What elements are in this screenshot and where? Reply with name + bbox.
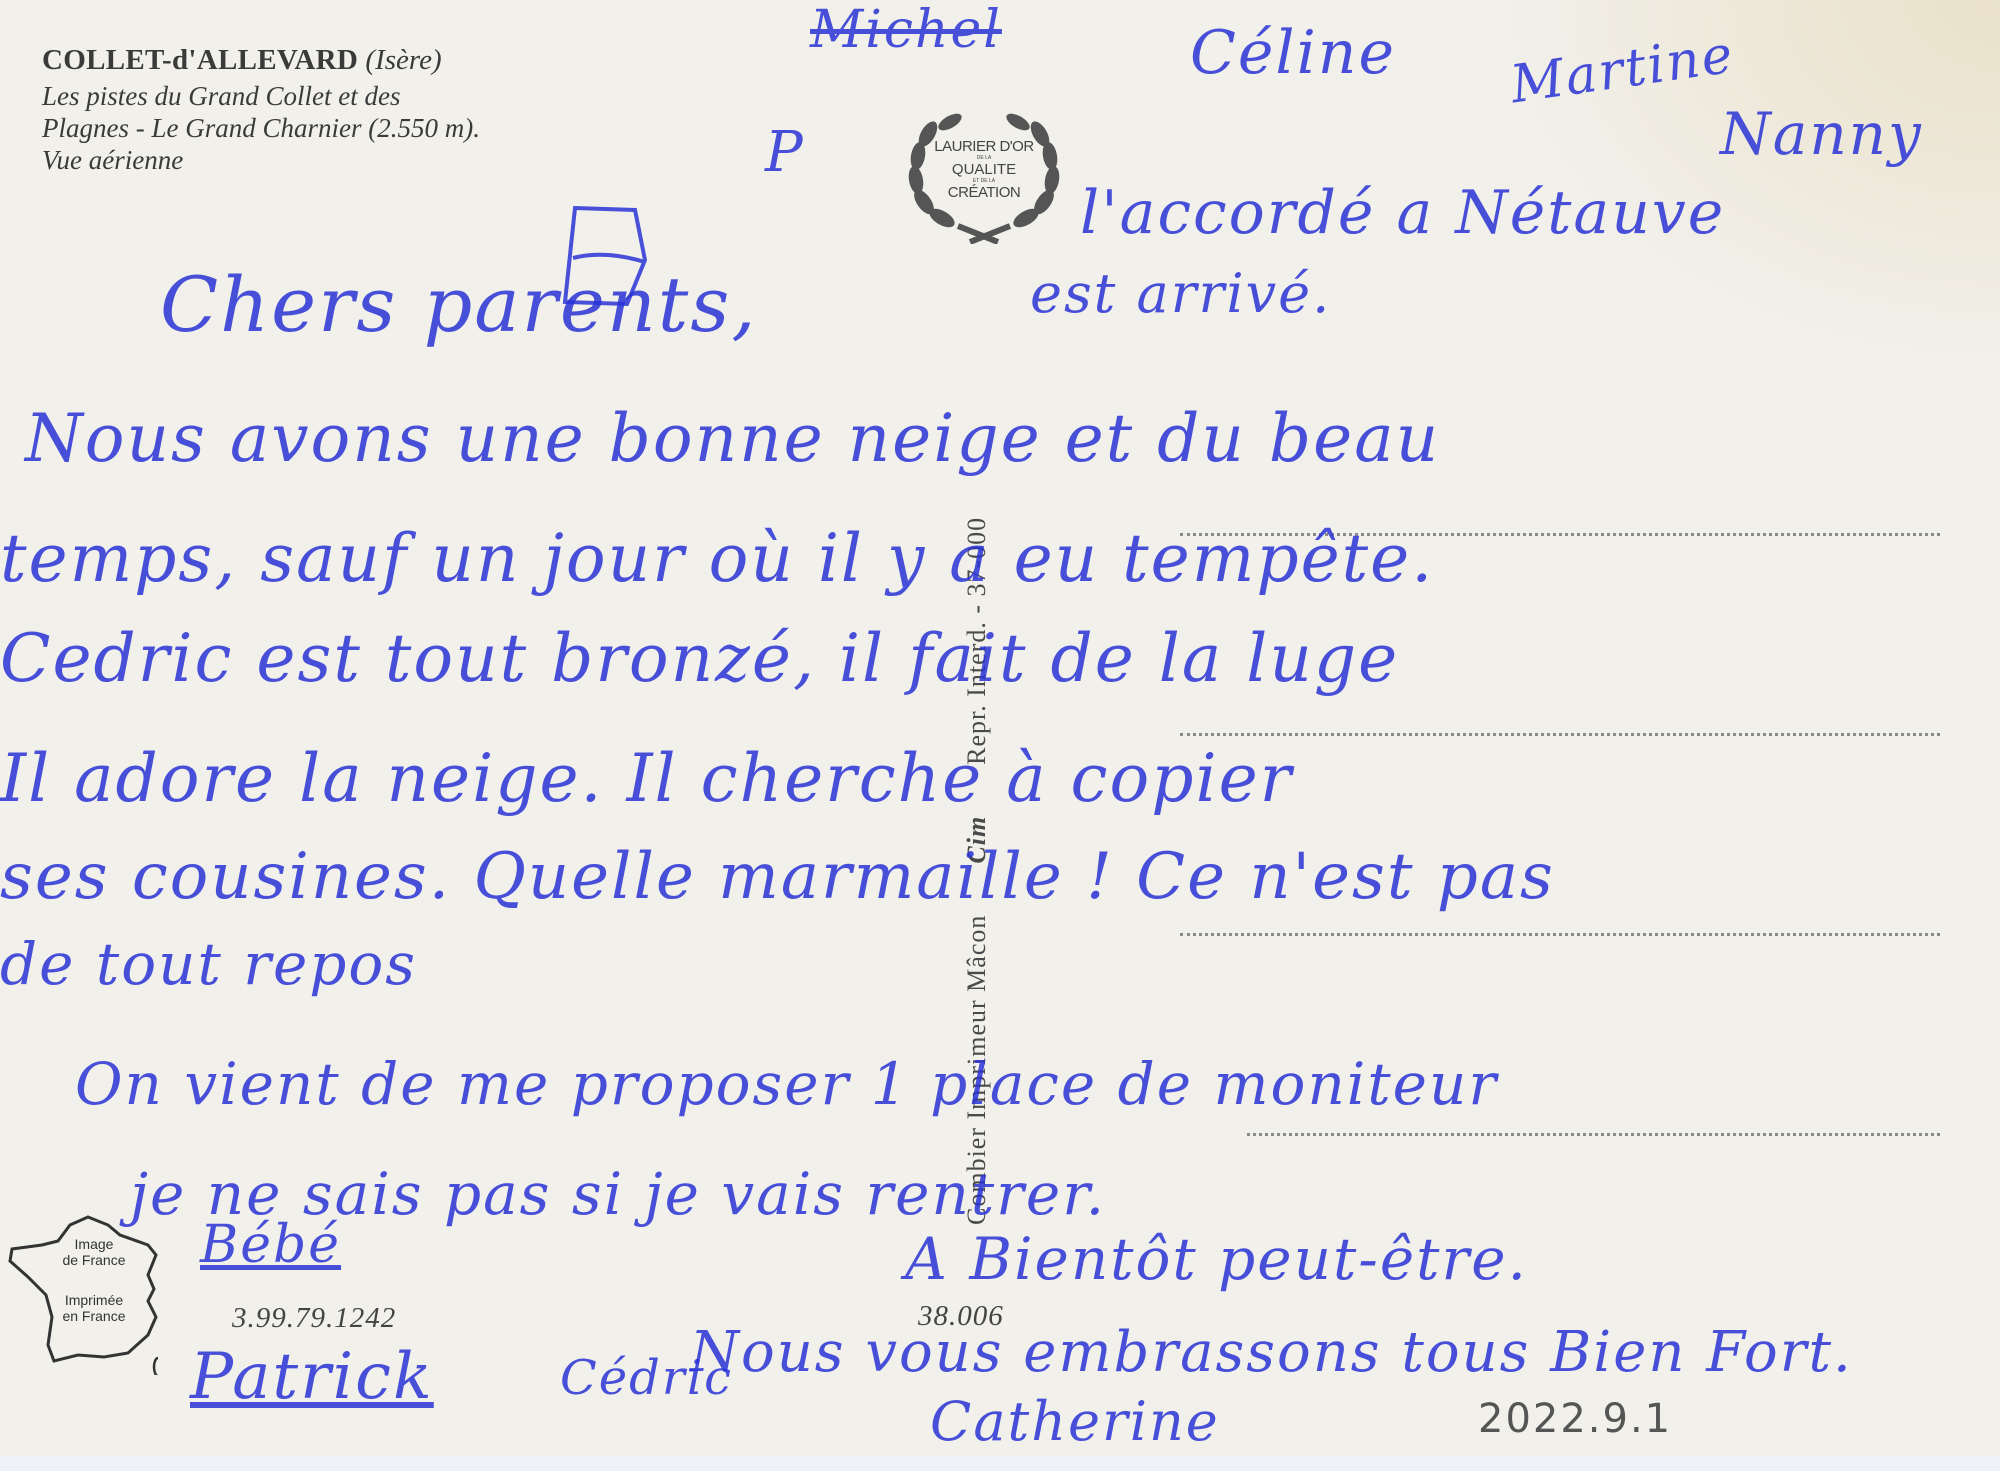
postcard-caption: Les pistes du Grand Collet et des Plagne… (42, 80, 480, 176)
place-name: COLLET-d'ALLEVARD (42, 44, 358, 76)
note-right-1: l'accordé a Nétauve (1080, 178, 1725, 248)
address-line (1180, 933, 1940, 936)
message-line: On vient de me proposer 1 place de monit… (75, 1050, 1498, 1118)
note-right-2: est arrivé. (1030, 262, 1331, 325)
france-logo-line: en France (44, 1309, 144, 1324)
laurier-dor-logo: LAURIER D'OR DE LA QUALITE ET DE LA CRÉA… (898, 104, 1070, 244)
caption-line: Vue aérienne (42, 144, 480, 176)
address-line (1180, 733, 1940, 736)
greeting: Chers parents, (160, 260, 757, 349)
signature-patrick: Patrick (190, 1340, 434, 1414)
pencil-date: 2022.9.1 (1478, 1396, 1672, 1442)
message-line: Il adore la neige. Il cherche à copier (0, 740, 1293, 817)
france-map-icon (8, 1205, 158, 1375)
message-line: Cedric est tout bronzé, il fait de la lu… (0, 620, 1399, 697)
logo-line: QUALITE (898, 161, 1070, 178)
logo-line: CRÉATION (898, 184, 1070, 201)
postcard-back: COLLET-d'ALLEVARD (Isère) Les pistes du … (0, 0, 2000, 1456)
signature-bebe: Bébé (200, 1215, 341, 1275)
crossed-out-name: Michel (810, 0, 1002, 60)
image-de-france-logo: Image de France Imprimée en France (8, 1205, 158, 1375)
caption-line: Plagnes - Le Grand Charnier (2.550 m). (42, 112, 480, 144)
handwritten-initial: P (765, 120, 805, 185)
message-line: ses cousines. Quelle marmaille ! Ce n'es… (0, 840, 1555, 914)
message-line: temps, sauf un jour où il y a eu tempête… (0, 520, 1434, 597)
closing-line-2: Nous vous embrassons tous Bien Fort. (690, 1320, 1853, 1385)
signature-catherine: Catherine (930, 1390, 1220, 1453)
france-logo-line: Image (44, 1237, 144, 1252)
place-region: (Isère) (365, 44, 441, 76)
scan-background-strip (0, 1456, 2000, 1471)
card-reference-left: 3.99.79.1242 (232, 1302, 396, 1335)
postcard-title: COLLET-d'ALLEVARD (Isère) (42, 44, 442, 77)
message-line: Nous avons une bonne neige et du beau (25, 400, 1440, 477)
france-logo-line: de France (44, 1253, 144, 1268)
caption-line: Les pistes du Grand Collet et des (42, 80, 480, 112)
message-line: de tout repos (0, 930, 417, 998)
name-nanny: Nanny (1720, 100, 1923, 168)
logo-line: LAURIER D'OR (898, 138, 1070, 155)
france-logo-line: Imprimée (44, 1293, 144, 1308)
address-line (1247, 1133, 1940, 1136)
name-celine: Céline (1190, 18, 1396, 88)
signature-cedric: Cédric (560, 1350, 733, 1406)
closing-line-1: A Bientôt peut-être. (905, 1225, 1528, 1293)
name-martine: Martine (1507, 25, 1738, 116)
